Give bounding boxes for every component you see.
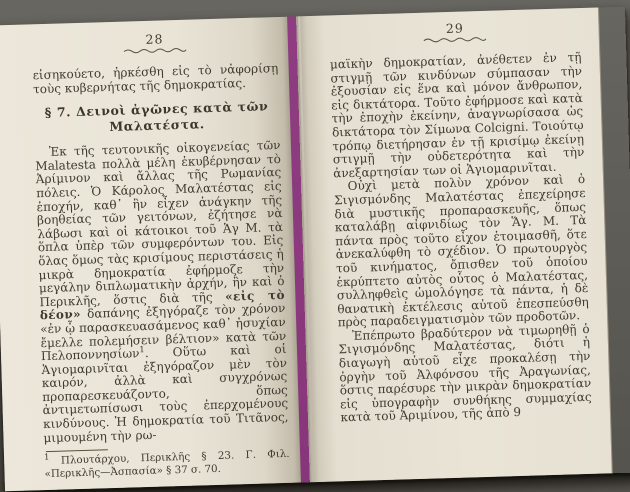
left-body-seg1: Ἐκ τῆς τευτονικῆς οἰκογενείας τῶν Malate… xyxy=(35,138,284,309)
open-book: 28 εἰσηκούετο, ἠρκέσθη εἰς τὸ νἀφορίσῃ τ… xyxy=(0,7,630,492)
right-page-header: 29 xyxy=(329,16,581,46)
footnote-rule xyxy=(46,449,108,452)
footnote-text: 1 Πλουτάρχου, Περικλῆς § 23. Γ. Φιλ. «Πε… xyxy=(44,448,290,480)
right-paragraph-1: μαϊκὴν δημοκρατίαν, ἀνέθετεν ἐν τῇ στιγμ… xyxy=(330,51,585,181)
footnote-body: Πλουτάρχου, Περικλῆς § 23. Γ. Φιλ. «Περι… xyxy=(44,448,289,480)
left-body-paragraph: Ἐκ τῆς τευτονικῆς οἰκογενείας τῶν Malate… xyxy=(35,139,289,445)
left-page-header: 28 xyxy=(32,27,278,57)
section-heading: § 7. Δεινοὶ ἀγῶνες κατὰ τῶν Μαλατέστα. xyxy=(38,98,276,137)
right-paragraph-3: Ἐπέπρωτο βραδύτερον νὰ τιμωρηθῇ ὁ Σιγισμ… xyxy=(338,323,592,426)
wavy-rule-ornament xyxy=(423,36,487,44)
right-page: 29 μαϊκὴν δημοκρατίαν, ἀνέθετεν ἐν τῇ στ… xyxy=(297,7,612,482)
photo-of-open-book: { "left_page": { "page_number": "28", "i… xyxy=(0,0,630,492)
footnote-block: 1 Πλουτάρχου, Περικλῆς § 23. Γ. Φιλ. «Πε… xyxy=(44,444,290,480)
left-intro-paragraph: εἰσηκούετο, ἠρκέσθη εἰς τὸ νἀφορίσῃ τοὺς… xyxy=(33,62,279,96)
wavy-rule-ornament xyxy=(123,47,187,55)
right-paragraph-2: Οὐχὶ μετὰ πολὺν χρόνον καὶ ὁ Σιγισμόνδης… xyxy=(334,173,590,330)
left-page-number: 28 xyxy=(145,31,163,47)
left-page: 28 εἰσηκούετο, ἠρκέσθη εἰς τὸ νἀφορίσῃ τ… xyxy=(0,17,300,492)
right-page-number: 29 xyxy=(446,20,464,36)
